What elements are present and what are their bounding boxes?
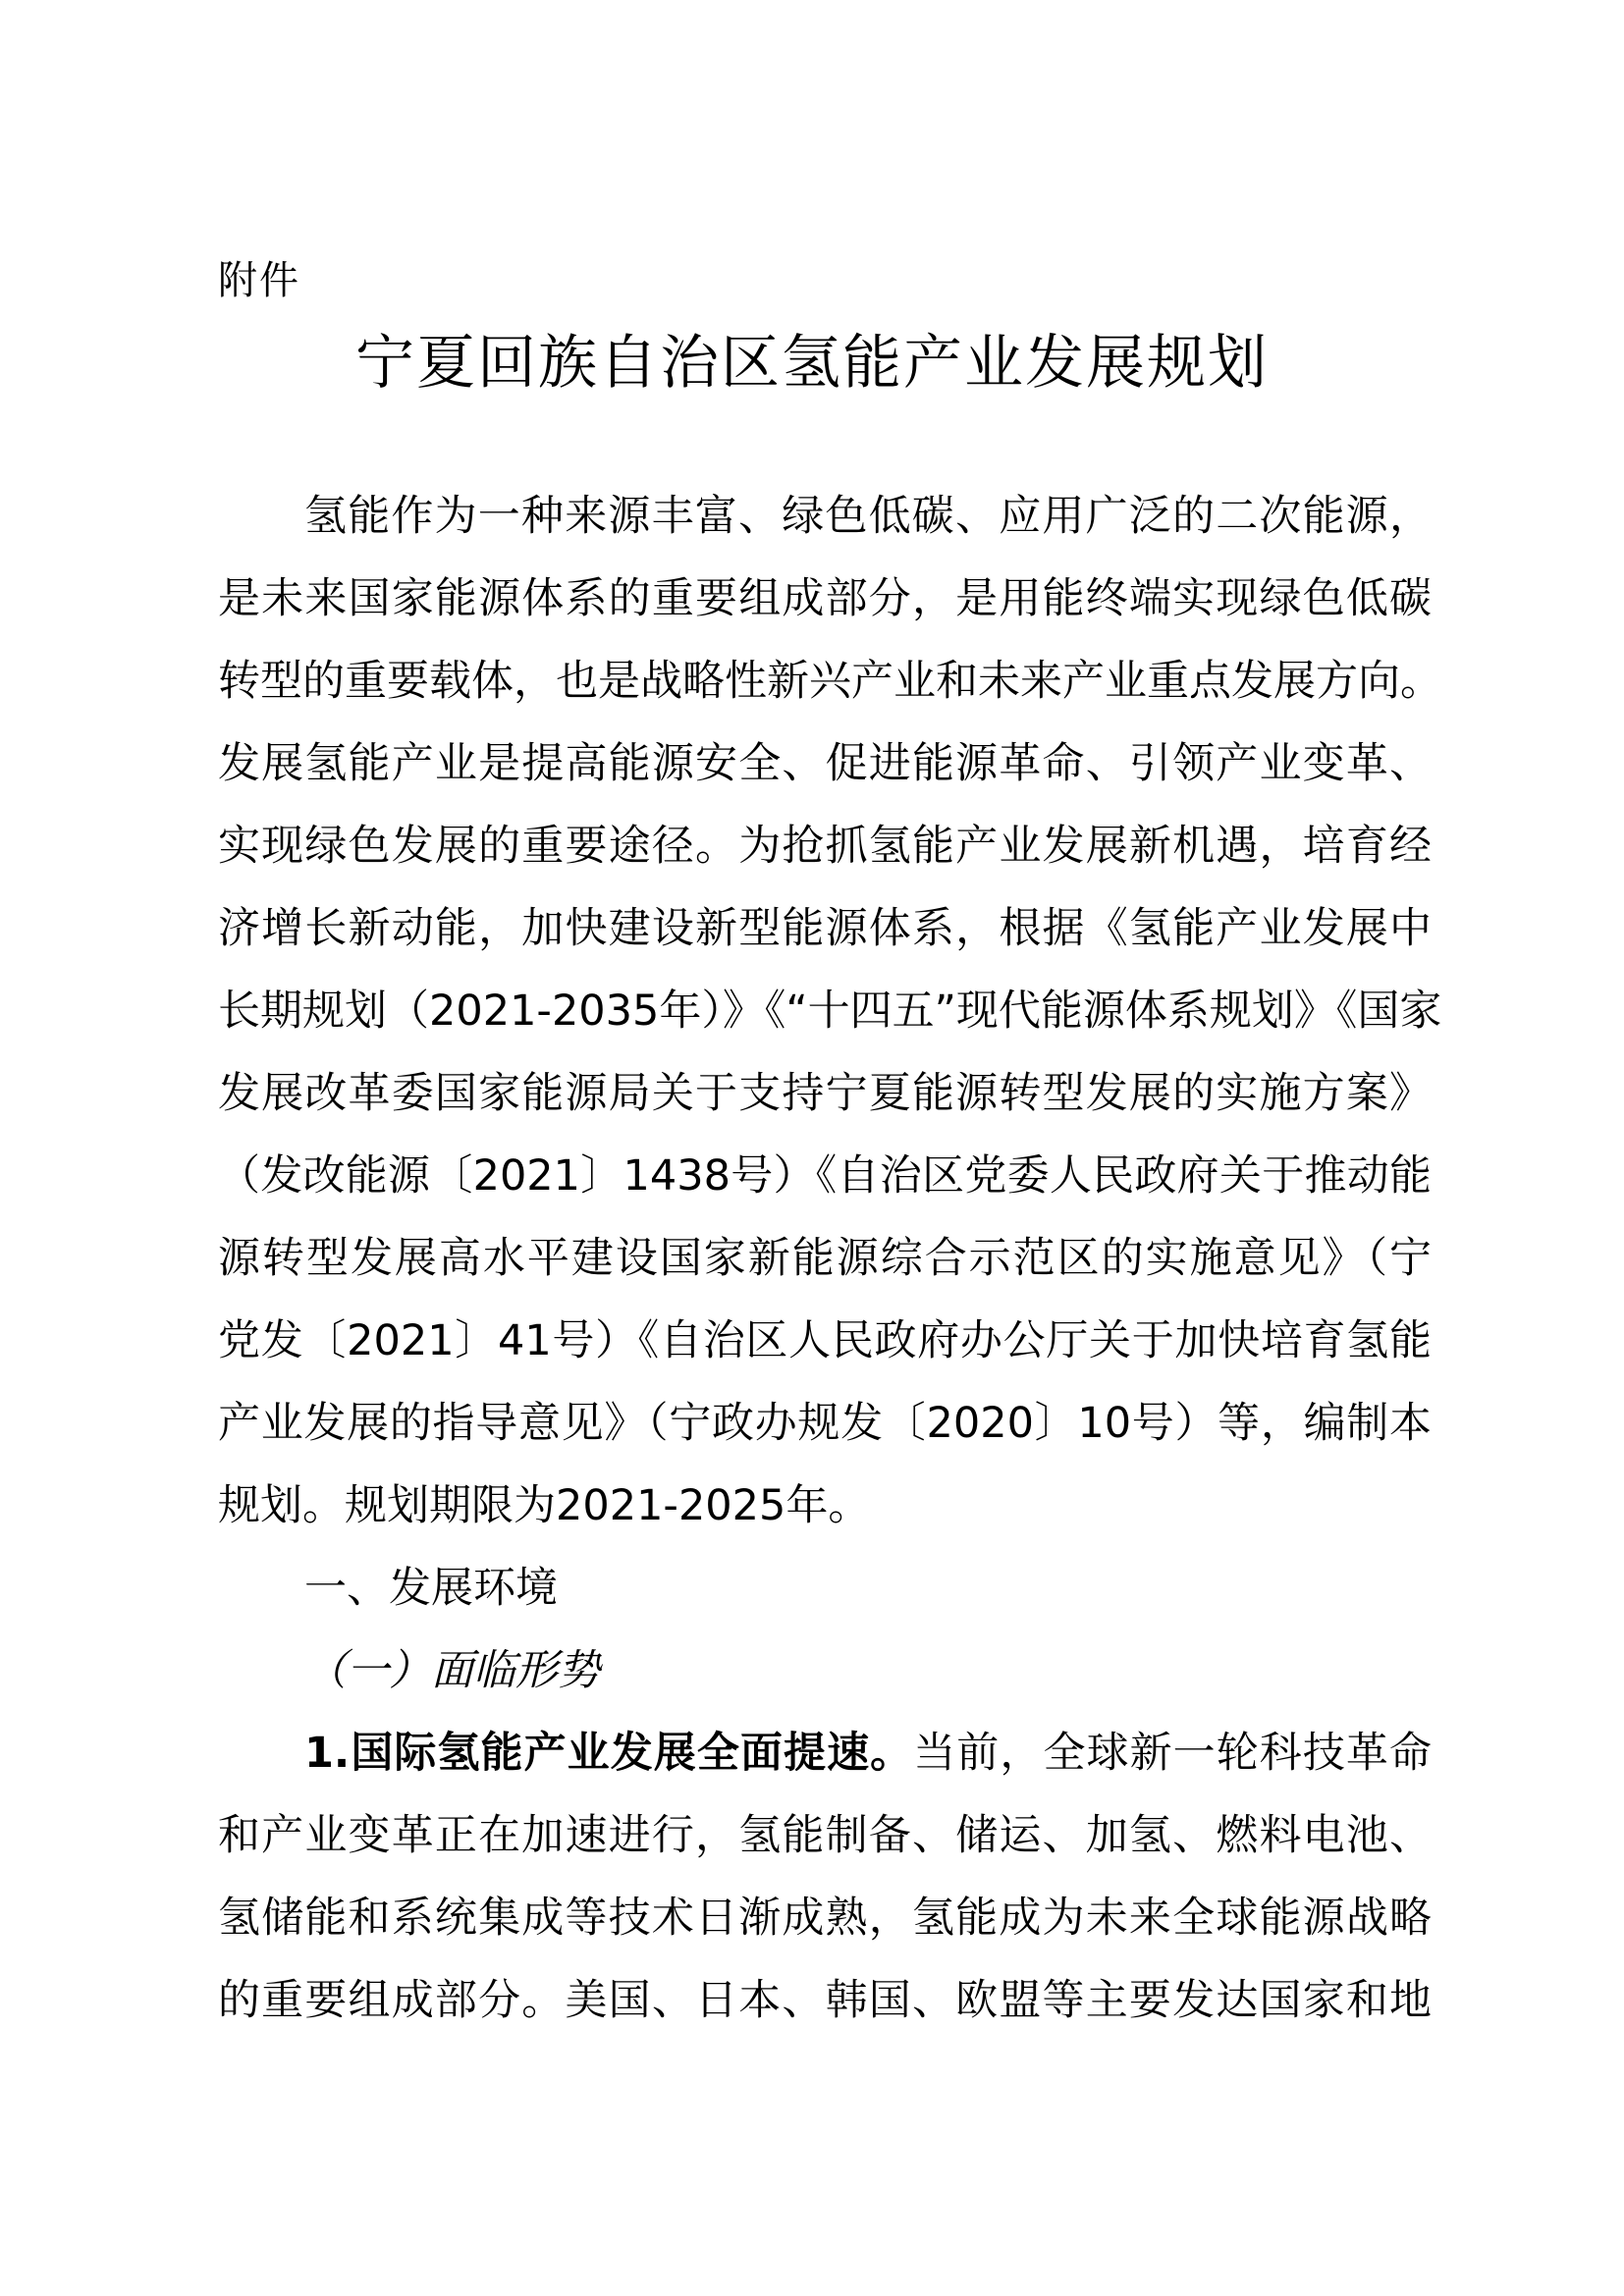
item-first-line-rest: 当前，全球新一轮科技革命 [913,1729,1432,1778]
paragraph-line: 济增长新动能，加快建设新型能源体系，根据《氢能产业发展中 [218,887,1432,970]
section-heading: 一、发展环境 [218,1547,1432,1629]
item-first-line: 1.国际氢能产业发展全面提速。当前，全球新一轮科技革命 [218,1712,1432,1794]
paragraph-line: 实现绿色发展的重要途径。为抢抓氢能产业发展新机遇，培育经 [218,805,1432,887]
document-title: 宁夏回族自治区氢能产业发展规划 [0,324,1624,402]
paragraph-line: 源转型发展高水平建设国家新能源综合示范区的实施意见》（宁 [218,1217,1432,1300]
paragraph-line: 转型的重要载体，也是战略性新兴产业和未来产业重点发展方向。 [218,640,1432,722]
document-body: 氢能作为一种来源丰富、绿色低碳、应用广泛的二次能源， 是未来国家能源体系的重要组… [218,475,1432,2042]
document-page: 附件 宁夏回族自治区氢能产业发展规划 氢能作为一种来源丰富、绿色低碳、应用广泛的… [0,0,1624,2296]
paragraph-line: 党发〔2021〕41号）《自治区人民政府办公厅关于加快培育氢能 [218,1300,1432,1382]
attachment-label: 附件 [218,253,300,308]
paragraph-line: 规划。规划期限为2021-2025年。 [218,1465,1432,1547]
paragraph-line: 是未来国家能源体系的重要组成部分，是用能终端实现绿色低碳 [218,558,1432,640]
paragraph-line: 氢能作为一种来源丰富、绿色低碳、应用广泛的二次能源， [218,475,1432,558]
paragraph-line: 发展氢能产业是提高能源安全、促进能源革命、引领产业变革、 [218,722,1432,805]
paragraph-line: 长期规划（2021-2035年）》《“十四五”现代能源体系规划》《国家 [218,970,1432,1052]
paragraph-line: 和产业变革正在加速进行，氢能制备、储运、加氢、燃料电池、 [218,1794,1432,1877]
paragraph-line: 产业发展的指导意见》（宁政办规发〔2020〕10号）等，编制本 [218,1382,1432,1465]
paragraph-line: （发改能源〔2021〕1438号）《自治区党委人民政府关于推动能 [218,1135,1432,1217]
subsection-heading: （一）面临形势 [218,1629,1432,1712]
paragraph-line: 氢储能和系统集成等技术日渐成熟，氢能成为未来全球能源战略 [218,1877,1432,1959]
paragraph-line: 的重要组成部分。美国、日本、韩国、欧盟等主要发达国家和地 [218,1959,1432,2042]
item-bold-lead: 1.国际氢能产业发展全面提速。 [304,1729,913,1778]
paragraph-line: 发展改革委国家能源局关于支持宁夏能源转型发展的实施方案》 [218,1052,1432,1135]
